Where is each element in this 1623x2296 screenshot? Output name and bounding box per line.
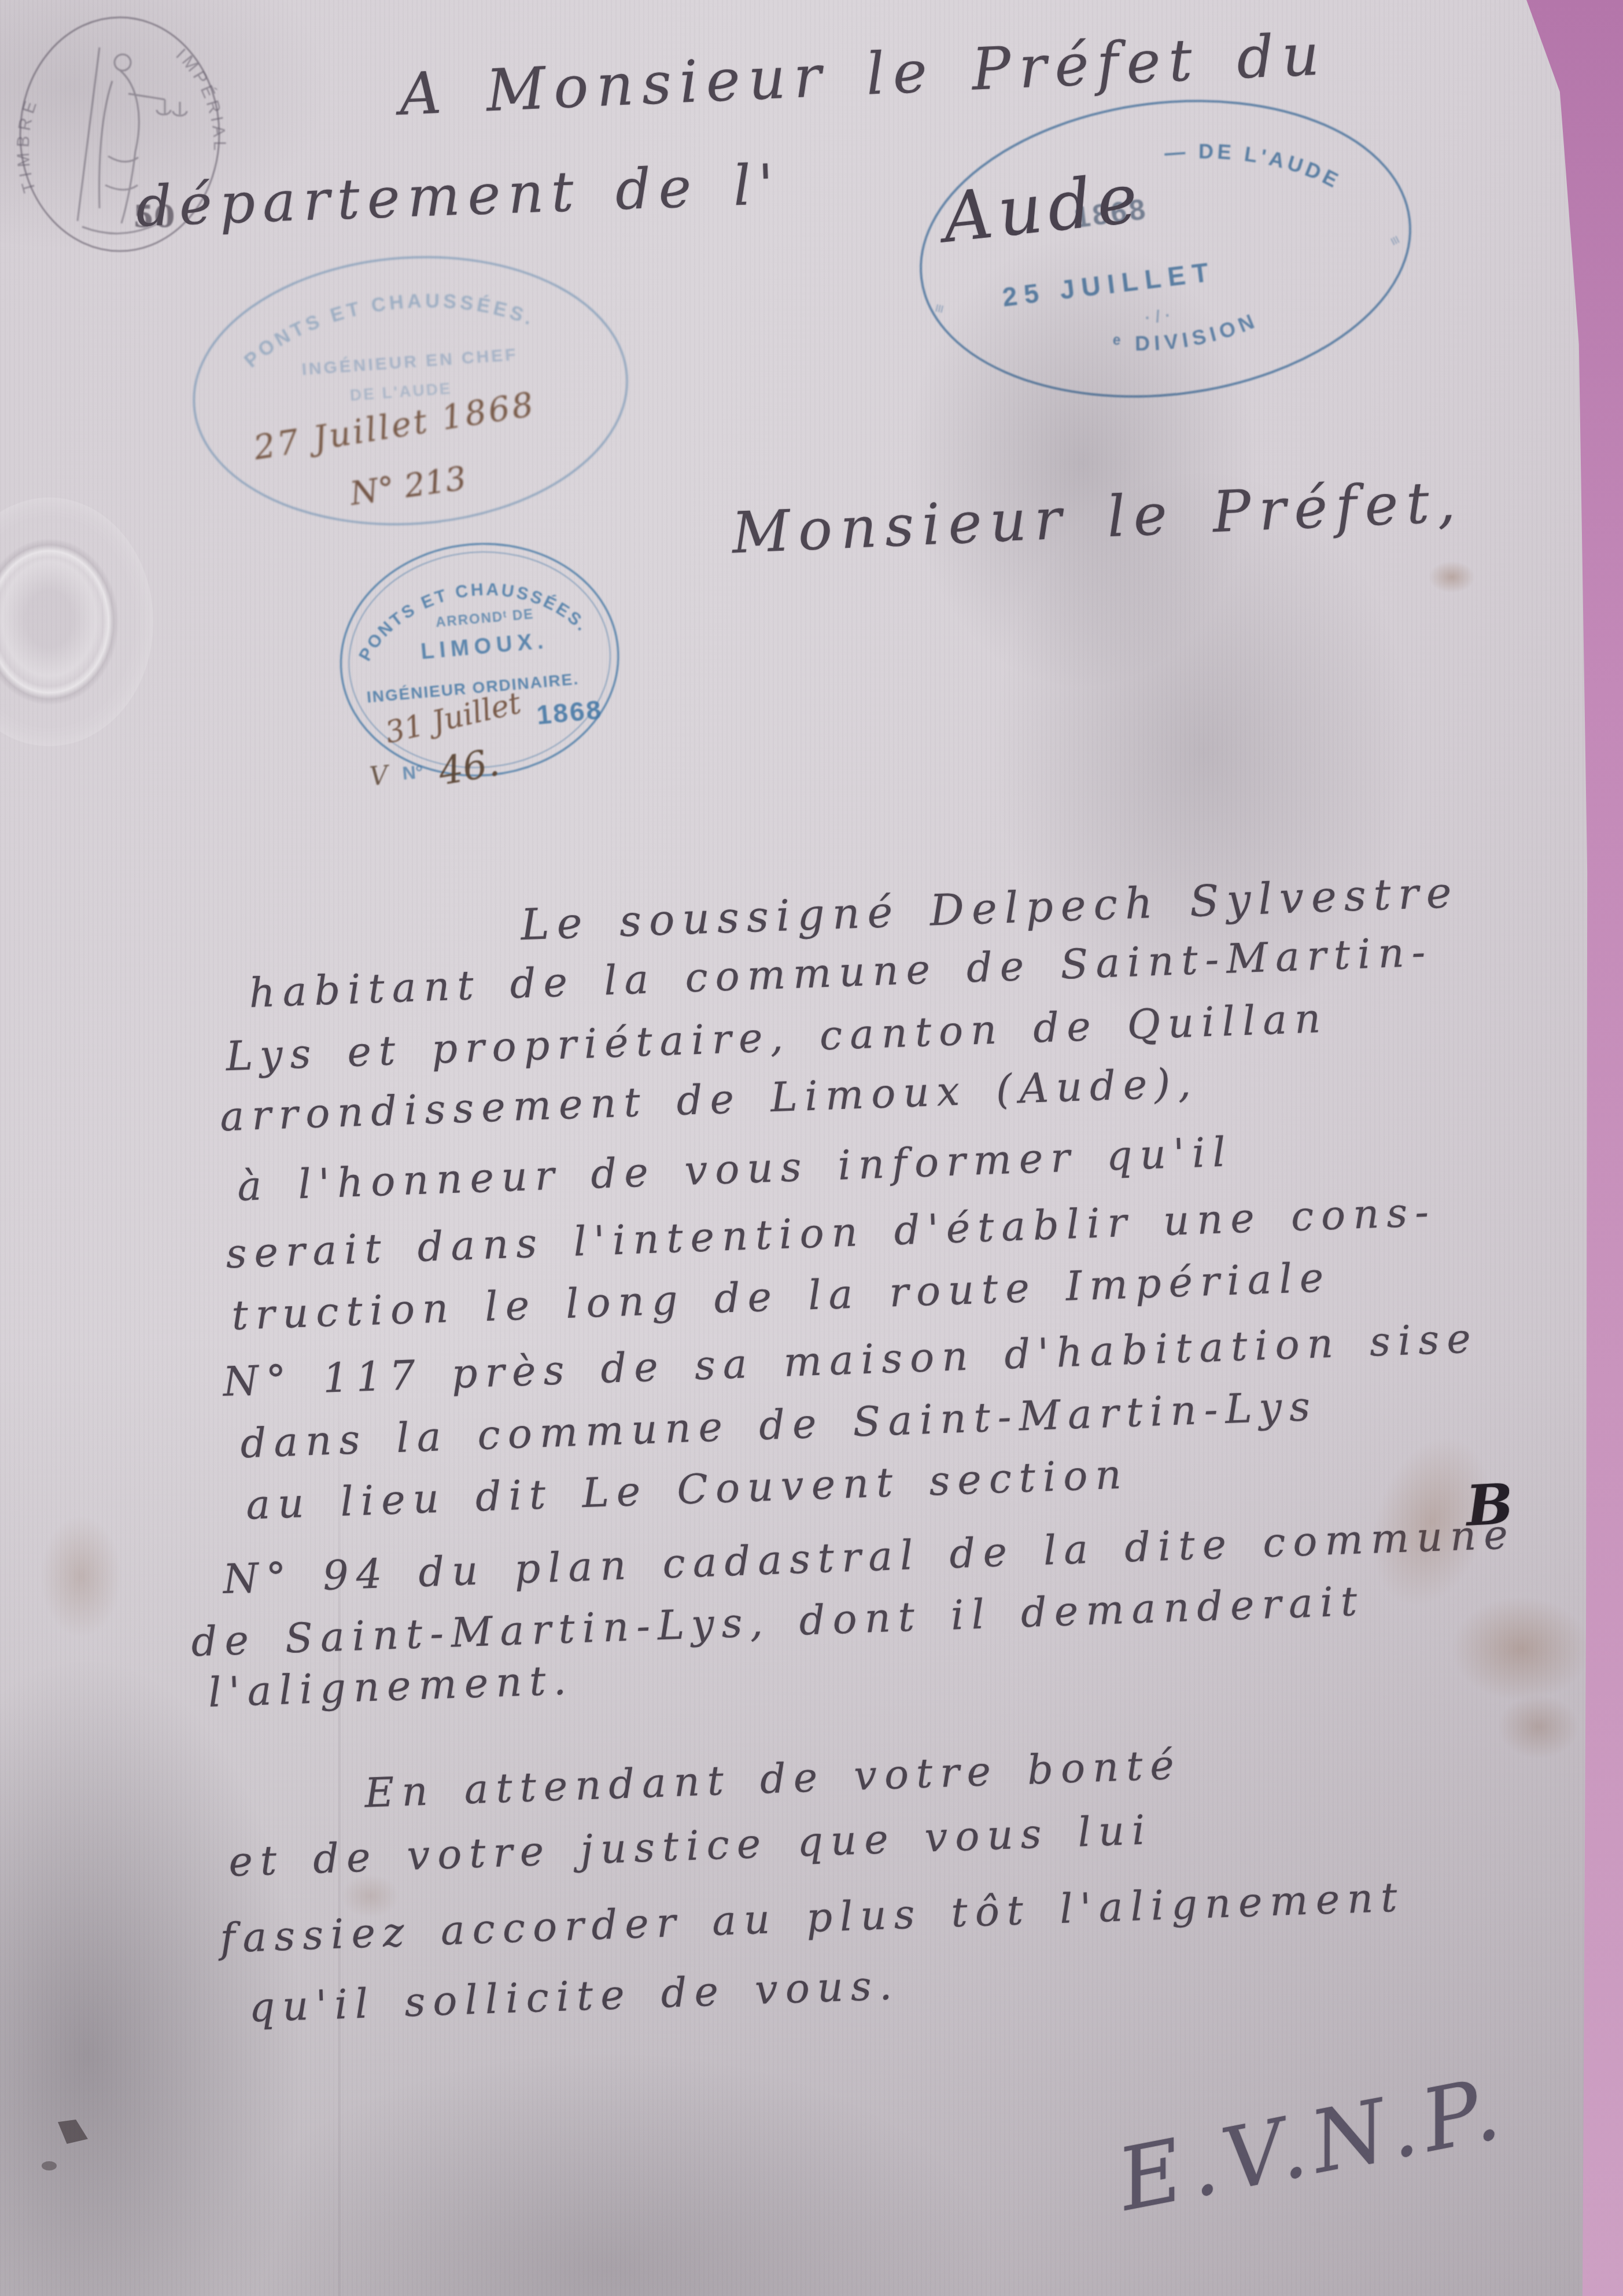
prefecture-stamp-date: 25 JUILLET [1001,256,1217,312]
photographed-letter-page: TIMBRE IMPÉRIAL 50 — DE L'AUDE 1868 25 J… [0,0,1623,2296]
ink-stain [40,1516,121,1637]
ink-stain [1452,1597,1591,1701]
letter-line: qu'il sollicite de vous. [248,1961,900,2031]
revenue-stamp-arc-right: IMPÉRIAL [172,45,229,154]
limoux-stamp-line2: LIMOUX. [420,629,549,664]
paper-speck [42,2161,57,2170]
limoux-stamp-no-label: N° [401,761,424,784]
svg-text:TIMBRE: TIMBRE [13,94,42,194]
ink-stain [1498,1695,1579,1759]
svg-text:— DE L'AUDE: — DE L'AUDE [1163,120,1348,213]
letter-line: fassiez accorder au plus tôt l'alignemen… [219,1873,1405,1962]
limoux-stamp-year: 1868 [536,694,604,730]
revenue-stamp-arc-left: TIMBRE [13,94,42,194]
letter-line: et de votre justice que vous lui [228,1806,1153,1886]
letter-line: En attendant de votre bonté [364,1741,1182,1816]
prefecture-stamp-side-mark-right: ≡ [1385,233,1405,248]
chief-engineer-stamp-icon: PONTS ET CHAUSSÉES. INGÉNIEUR EN CHEF DE… [173,233,655,554]
salutation: Monsieur le Préfet, [731,469,1465,566]
svg-text:IMPÉRIAL: IMPÉRIAL [172,45,229,154]
cadastral-section-letter: B [1465,1471,1515,1539]
table-backdrop-edge [1504,0,1623,2296]
limoux-stamp-check: V [368,761,392,792]
paper-speck [58,2120,88,2144]
ink-stain [1429,561,1475,593]
limoux-engineer-stamp-icon: PONTS ET CHAUSSÉES. ARRONDᵗ DE LIMOUX. I… [322,522,644,808]
letter-line: à l'honneur de vous informer qu'il [237,1128,1234,1210]
engineer-stamp-number-handwritten: N° 213 [346,459,469,513]
engineer-stamp-line1: INGÉNIEUR EN CHEF [301,344,518,379]
signature-initials: E.V.N.P. [1111,2058,1515,2230]
prefecture-stamp-arc-top: — DE L'AUDE [1163,120,1348,213]
letter-line: l'alignement. [208,1656,574,1716]
limoux-stamp-line1: ARRONDᵗ DE [435,606,534,631]
prefecture-stamp-bottom: ᵉ DIVISION [1108,307,1263,360]
svg-text:ᵉ DIVISION: ᵉ DIVISION [1108,307,1263,360]
prefecture-stamp-marks: · / · [1144,306,1172,328]
limoux-stamp-number-handwritten: 46. [434,740,503,794]
